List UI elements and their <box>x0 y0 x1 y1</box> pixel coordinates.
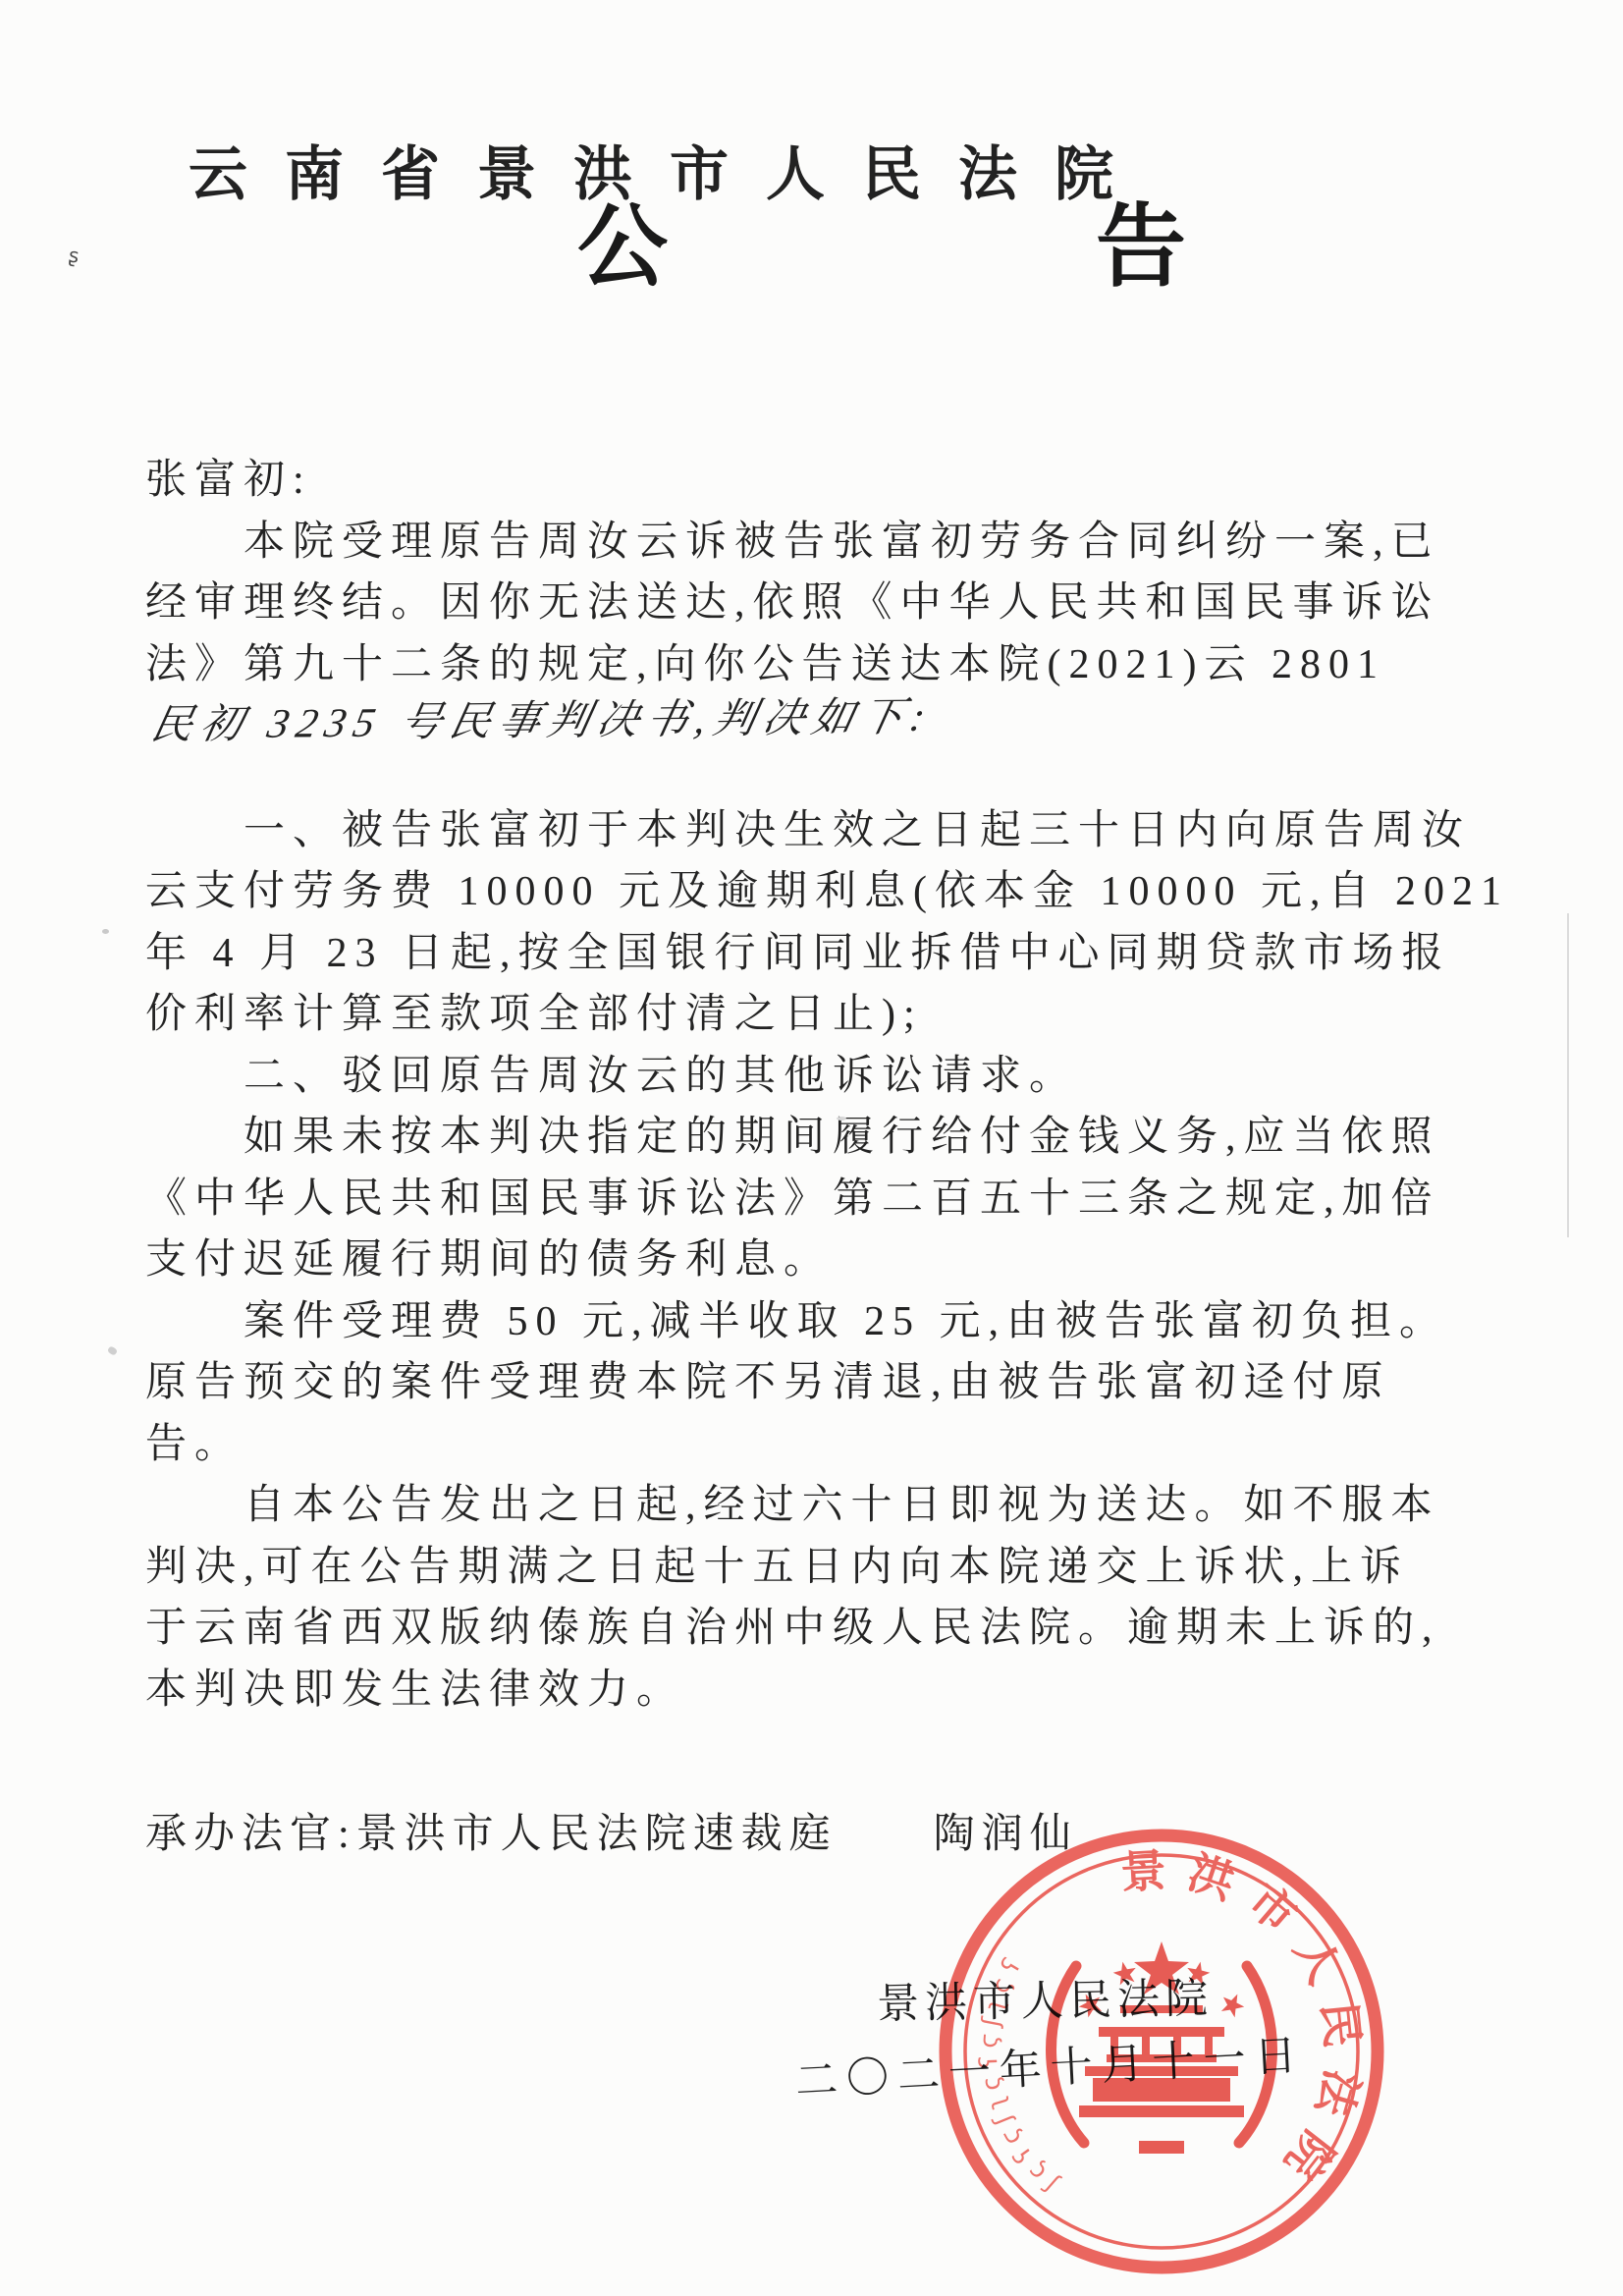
body-line: 判决,可在公告期满之日起十五日内向本院递交上诉状,上诉 <box>145 1537 1406 1599</box>
body-line: 二、驳回原告周汝云的其他诉讼请求。 <box>145 1046 1406 1108</box>
salutation: 张富初: <box>145 450 1406 512</box>
body-line: 年 4 月 23 日起,按全国银行间同业拆借中心同期贷款市场报 <box>145 923 1406 985</box>
scan-artifact: ʂ <box>67 243 81 267</box>
official-seal-icon: 景洪市人民法院 ʃςʕϛʃʅςʕϛʃʅςʕ <box>929 1819 1394 2284</box>
body-line: 原告预交的案件受理费本院不另清退,由被告张富初迳付原 <box>145 1352 1406 1414</box>
scan-artifact <box>107 1345 118 1356</box>
body-line: 支付迟延履行期间的债务利息。 <box>145 1230 1406 1291</box>
body-line: 于云南省西双版纳傣族自治州中级人民法院。逾期未上诉的, <box>145 1598 1406 1660</box>
body-line: 经审理终结。因你无法送达,依照《中华人民共和国民事诉讼 <box>145 573 1406 634</box>
scan-artifact <box>1567 913 1569 1237</box>
body-text: 张富初: 本院受理原告周汝云诉被告张富初劳务合同纠纷一案,已经审理终结。因你无法… <box>145 450 1406 1721</box>
body-line: 云支付劳务费 10000 元及逾期利息(依本金 10000 元,自 2021 <box>145 861 1406 923</box>
body-line: 《中华人民共和国民事诉讼法》第二百五十三条之规定,加倍 <box>145 1169 1406 1230</box>
scan-artifact <box>102 929 109 934</box>
body-line: 本院受理原告周汝云诉被告张富初劳务合同纠纷一案,已 <box>145 512 1406 574</box>
body-line: 价利率计算至款项全部付清之日止); <box>145 984 1406 1046</box>
body-line: 案件受理费 50 元,减半收取 25 元,由被告张富初负担。 <box>145 1291 1406 1353</box>
body-line: 本判决即发生法律效力。 <box>145 1660 1406 1722</box>
body-line: 如果未按本判决指定的期间履行给付金钱义务,应当依照 <box>145 1107 1406 1169</box>
national-emblem-icon <box>1052 1941 1272 2154</box>
announcement-title: 公 告 <box>577 202 1355 293</box>
body-line: 自本公告发出之日起,经过六十日即视为送达。如不服本 <box>145 1475 1406 1537</box>
scanned-court-announcement: 云南省景洪市人民法院 公 告 张富初: 本院受理原告周汝云诉被告张富初劳务合同纠… <box>0 0 1623 2296</box>
seal-outer-ring <box>946 1835 1378 2268</box>
body-line: 民初 3235 号民事判决书,判决如下: <box>145 683 1421 757</box>
body-lines: 本院受理原告周汝云诉被告张富初劳务合同纠纷一案,已经审理终结。因你无法送达,依照… <box>145 512 1406 1722</box>
body-line: 一、被告张富初于本判决生效之日起三十日内向原告周汝 <box>145 800 1406 862</box>
body-line: 告。 <box>145 1414 1406 1476</box>
